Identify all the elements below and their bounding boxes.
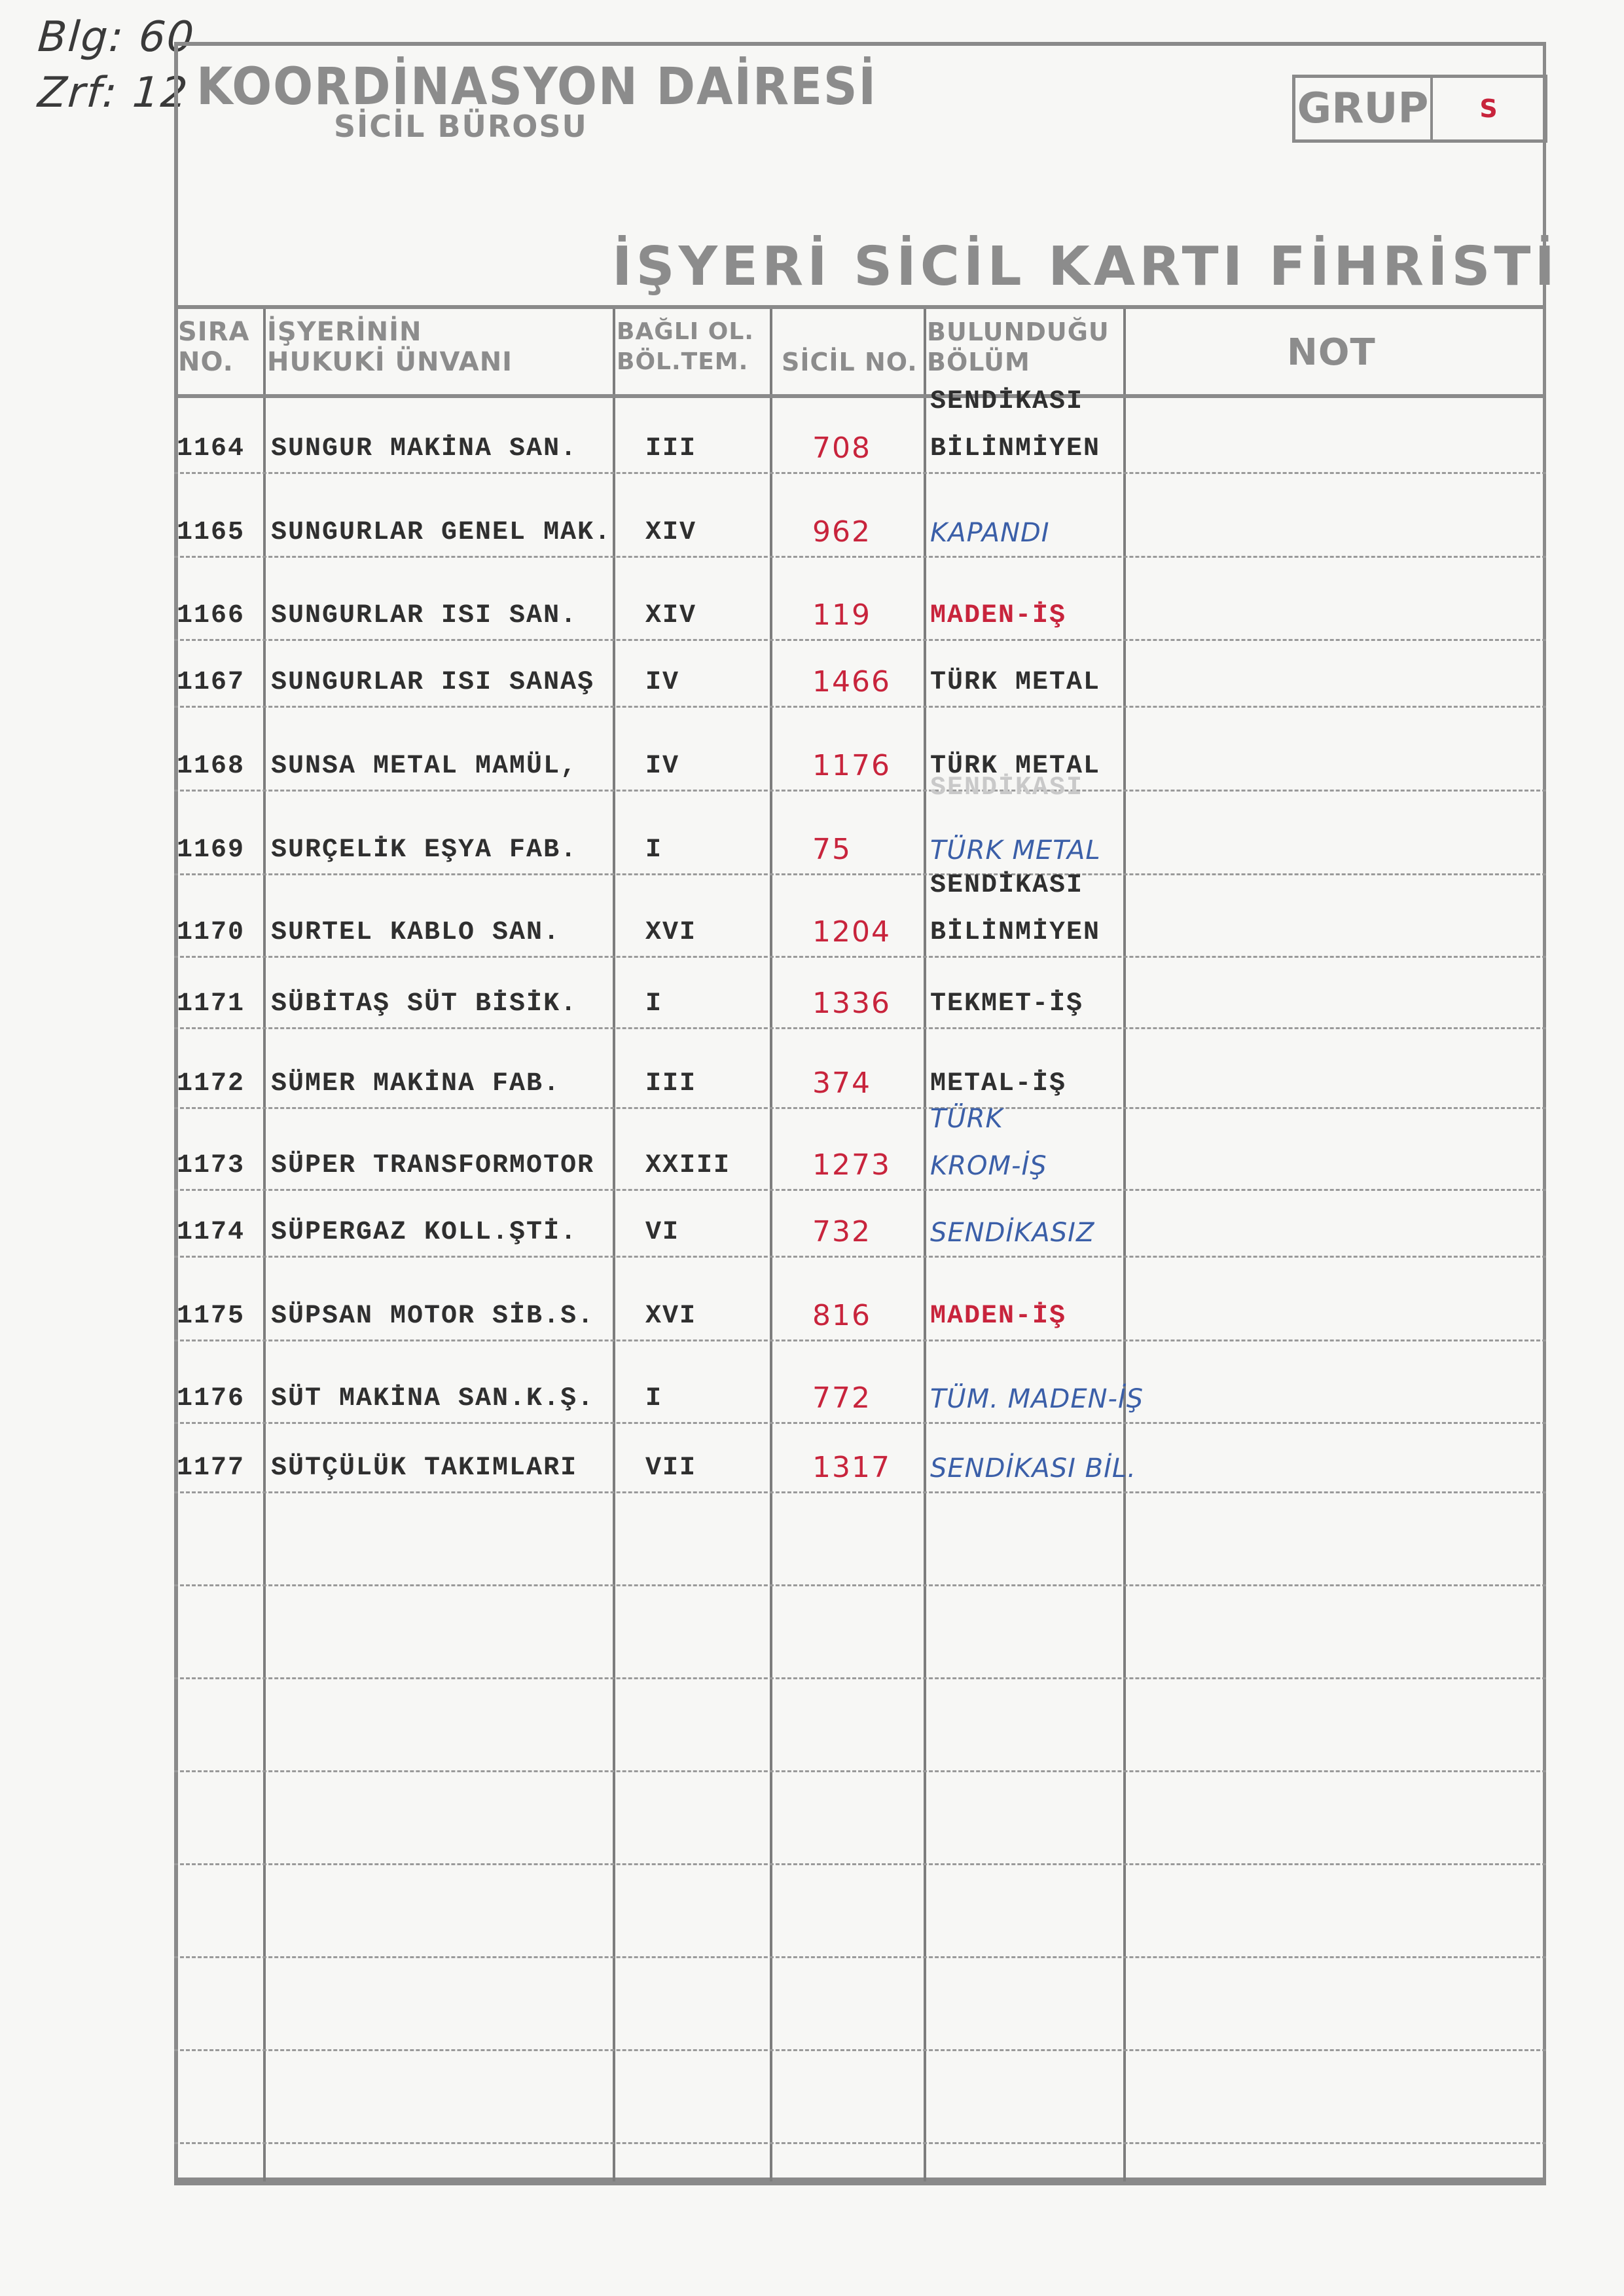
union-name: TÜRK bbox=[930, 1104, 1003, 1134]
district-code: I bbox=[645, 835, 662, 865]
company-name: SÜBİTAŞ SÜT BİSİK. bbox=[271, 989, 577, 1019]
row-number: 1173 bbox=[177, 1151, 245, 1180]
column-divider bbox=[924, 305, 926, 2181]
district-code: XVI bbox=[645, 918, 696, 947]
row-rule bbox=[174, 1256, 1546, 1258]
row-rule bbox=[174, 556, 1546, 558]
header-unvan: İŞYERİNİNHUKUKİ ÜNVANI bbox=[267, 317, 513, 377]
union-name: SENDİKASI BİL. bbox=[930, 1453, 1136, 1484]
union-name: BİLİNMİYEN bbox=[930, 918, 1100, 947]
company-name: SUNGUR MAKİNA SAN. bbox=[271, 434, 577, 464]
district-code: III bbox=[645, 1069, 696, 1099]
margin-note-blg: Blg: 60 bbox=[36, 13, 196, 62]
union-name: SENDİKASIZ bbox=[930, 1218, 1094, 1248]
row-rule bbox=[174, 1027, 1546, 1029]
company-name: SÜPER TRANSFORMOTOR bbox=[271, 1151, 594, 1180]
registry-number: 1466 bbox=[812, 665, 891, 699]
union-name: TÜRK METAL bbox=[930, 835, 1101, 866]
header-sicil-no: SİCİL NO. bbox=[782, 347, 918, 377]
district-code: IV bbox=[645, 668, 679, 697]
registry-number: 1336 bbox=[812, 987, 891, 1020]
row-rule bbox=[174, 1189, 1546, 1191]
company-name: SUNSA METAL MAMÜL, bbox=[271, 752, 577, 781]
registry-number: 1176 bbox=[812, 749, 891, 782]
union-name: MADEN-İŞ bbox=[930, 1302, 1066, 1331]
registry-number: 374 bbox=[812, 1066, 871, 1100]
row-rule bbox=[174, 472, 1546, 474]
row-number: 1167 bbox=[177, 668, 245, 697]
district-code: IV bbox=[645, 752, 679, 781]
empty-row-rule bbox=[174, 2049, 1546, 2051]
row-number: 1177 bbox=[177, 1453, 245, 1483]
union-name: TEKMET-İŞ bbox=[930, 989, 1083, 1019]
registry-number: 962 bbox=[812, 515, 871, 549]
company-name: SURÇELİK EŞYA FAB. bbox=[271, 835, 577, 865]
union-name: SENDİKASI bbox=[930, 387, 1083, 416]
district-code: I bbox=[645, 1384, 662, 1413]
group-box: GRUP S bbox=[1292, 75, 1547, 143]
row-rule bbox=[174, 1107, 1546, 1109]
row-number: 1170 bbox=[177, 918, 245, 947]
row-rule bbox=[174, 956, 1546, 958]
row-rule bbox=[174, 1422, 1546, 1424]
company-name: SÜTÇÜLÜK TAKIMLARI bbox=[271, 1453, 577, 1483]
row-number: 1166 bbox=[177, 601, 245, 630]
empty-row-rule bbox=[174, 1863, 1546, 1865]
empty-row-rule bbox=[174, 1677, 1546, 1679]
row-number: 1174 bbox=[177, 1218, 245, 1247]
row-number: 1171 bbox=[177, 989, 245, 1019]
company-name: SUNGURLAR GENEL MAK. bbox=[271, 518, 611, 547]
company-name: SUNGURLAR ISI SAN. bbox=[271, 601, 577, 630]
union-name: KROM-İŞ bbox=[930, 1151, 1047, 1181]
union-name: SENDİKASI bbox=[930, 871, 1083, 900]
union-name: METAL-İŞ bbox=[930, 1069, 1066, 1099]
registry-number: 732 bbox=[812, 1215, 871, 1248]
union-name: TÜM. MADEN-İŞ bbox=[930, 1384, 1144, 1414]
empty-row-rule bbox=[174, 1770, 1546, 1772]
registry-number: 708 bbox=[812, 431, 871, 465]
header-sira-no: SIRANO. bbox=[178, 317, 249, 377]
district-code: VII bbox=[645, 1453, 696, 1483]
registry-number: 1317 bbox=[812, 1451, 891, 1484]
row-number: 1165 bbox=[177, 518, 245, 547]
district-code: VI bbox=[645, 1218, 679, 1247]
row-rule bbox=[174, 1491, 1546, 1493]
row-number: 1169 bbox=[177, 835, 245, 865]
union-name: KAPANDI bbox=[930, 518, 1050, 548]
row-rule bbox=[174, 706, 1546, 708]
column-divider bbox=[1123, 305, 1126, 2181]
faded-typed-text: SENDİKASI bbox=[930, 773, 1083, 803]
company-name: SURTEL KABLO SAN. bbox=[271, 918, 560, 947]
table-bottom-rule bbox=[174, 2181, 1546, 2185]
registry-number: 1204 bbox=[812, 915, 891, 949]
row-rule bbox=[174, 790, 1546, 792]
header-bagli: BAĞLI OL.BÖL.TEM. bbox=[617, 317, 754, 377]
row-rule bbox=[174, 1339, 1546, 1341]
union-name: BİLİNMİYEN bbox=[930, 434, 1100, 464]
registry-number: 816 bbox=[812, 1299, 871, 1332]
registry-number: 75 bbox=[812, 833, 852, 866]
margin-note-zrf: Zrf: 12 bbox=[36, 69, 190, 117]
row-number: 1168 bbox=[177, 752, 245, 781]
row-number: 1176 bbox=[177, 1384, 245, 1413]
header-not: NOT bbox=[1287, 338, 1376, 368]
union-name: MADEN-İŞ bbox=[930, 601, 1066, 630]
district-code: XVI bbox=[645, 1302, 696, 1331]
header-rule bbox=[174, 305, 1546, 309]
union-name: TÜRK METAL bbox=[930, 668, 1100, 697]
header-rule bbox=[174, 394, 1546, 398]
empty-row-rule bbox=[174, 2142, 1546, 2144]
row-number: 1175 bbox=[177, 1302, 245, 1331]
registry-number: 119 bbox=[812, 598, 871, 632]
office-title: KOORDİNASYON DAİRESİ bbox=[196, 58, 877, 117]
district-code: I bbox=[645, 989, 662, 1019]
district-code: III bbox=[645, 434, 696, 464]
row-number: 1172 bbox=[177, 1069, 245, 1099]
group-value: S bbox=[1433, 78, 1544, 139]
column-divider bbox=[770, 305, 772, 2181]
district-code: XIV bbox=[645, 601, 696, 630]
row-rule bbox=[174, 873, 1546, 875]
page-title: İŞYERİ SİCİL KARTI FİHRİSTİ bbox=[612, 236, 1559, 298]
registry-number: 772 bbox=[812, 1381, 871, 1415]
header-bolum: BULUNDUĞUBÖLÜM bbox=[927, 317, 1110, 377]
company-name: SÜMER MAKİNA FAB. bbox=[271, 1069, 560, 1099]
company-name: SÜPSAN MOTOR SİB.S. bbox=[271, 1302, 594, 1331]
registry-number: 1273 bbox=[812, 1148, 891, 1182]
district-code: XIV bbox=[645, 518, 696, 547]
empty-row-rule bbox=[174, 1584, 1546, 1586]
company-name: SUNGURLAR ISI SANAŞ bbox=[271, 668, 594, 697]
empty-row-rule bbox=[174, 1956, 1546, 1958]
row-number: 1164 bbox=[177, 434, 245, 464]
district-code: XXIII bbox=[645, 1151, 731, 1180]
row-rule bbox=[174, 639, 1546, 641]
company-name: SÜT MAKİNA SAN.K.Ş. bbox=[271, 1384, 594, 1413]
company-name: SÜPERGAZ KOLL.ŞTİ. bbox=[271, 1218, 577, 1247]
column-divider bbox=[613, 305, 615, 2181]
group-label: GRUP bbox=[1295, 78, 1433, 139]
bureau-title: SİCİL BÜROSU bbox=[334, 109, 588, 144]
column-divider bbox=[263, 305, 266, 2181]
